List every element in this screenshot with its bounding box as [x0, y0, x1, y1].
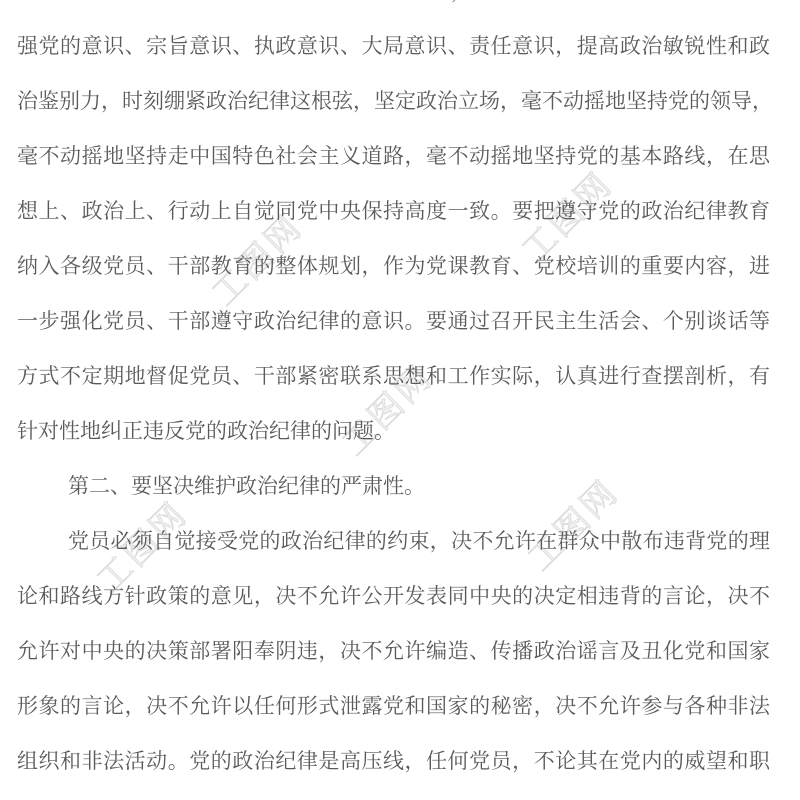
document-text-line: 一步强化党员、干部遵守政治纪律的意识。要通过召开民主生活会、个别谈话等 — [17, 294, 770, 349]
document-text-line: 纳入各级党员、干部教育的整体规划，作为党课教育、党校培训的重要内容，进 — [17, 239, 770, 294]
document-text-line: 允许对中央的决策部署阳奉阴违，决不允许编造、传播政治谣言及丑化党和国家 — [17, 624, 770, 679]
document-text-line: 第二、要坚决维护政治纪律的严肃性。 — [17, 459, 770, 514]
clipped-top-text-line: 强化党员干部的理想信念和党性观念，引导广大党员干部切实增 — [17, 0, 770, 19]
document-text-line: 治鉴别力，时刻绷紧政治纪律这根弦，坚定政治立场，毫不动摇地坚持党的领导， — [17, 74, 770, 129]
document-text-line: 毫不动摇地坚持走中国特色社会主义道路，毫不动摇地坚持党的基本路线，在思 — [17, 129, 770, 184]
document-text-line: 想上、政治上、行动上自觉同党中央保持高度一致。要把遵守党的政治纪律教育 — [17, 184, 770, 239]
document-body: 强化党员干部的理想信念和党性观念，引导广大党员干部切实增强党的意识、宗旨意识、执… — [17, 0, 770, 800]
document-text-line: 强党的意识、宗旨意识、执政意识、大局意识、责任意识，提高政治敏锐性和政 — [17, 19, 770, 74]
document-text-line: 形象的言论，决不允许以任何形式泄露党和国家的秘密，决不允许参与各种非法 — [17, 679, 770, 734]
document-text-line: 针对性地纠正违反党的政治纪律的问题。 — [17, 404, 770, 459]
document-text-line: 论和路线方针政策的意见，决不允许公开发表同中央的决定相违背的言论，决不 — [17, 569, 770, 624]
document-text-line: 方式不定期地督促党员、干部紧密联系思想和工作实际，认真进行查摆剖析，有 — [17, 349, 770, 404]
document-text-line: 党员必须自觉接受党的政治纪律的约束，决不允许在群众中散布违背党的理 — [17, 514, 770, 569]
document-page: 工图网工图网工图网工图网工图网 强化党员干部的理想信念和党性观念，引导广大党员干… — [0, 0, 800, 800]
document-text-line: 组织和非法活动。党的政治纪律是高压线，任何党员，不论其在党内的威望和职 — [17, 734, 770, 789]
